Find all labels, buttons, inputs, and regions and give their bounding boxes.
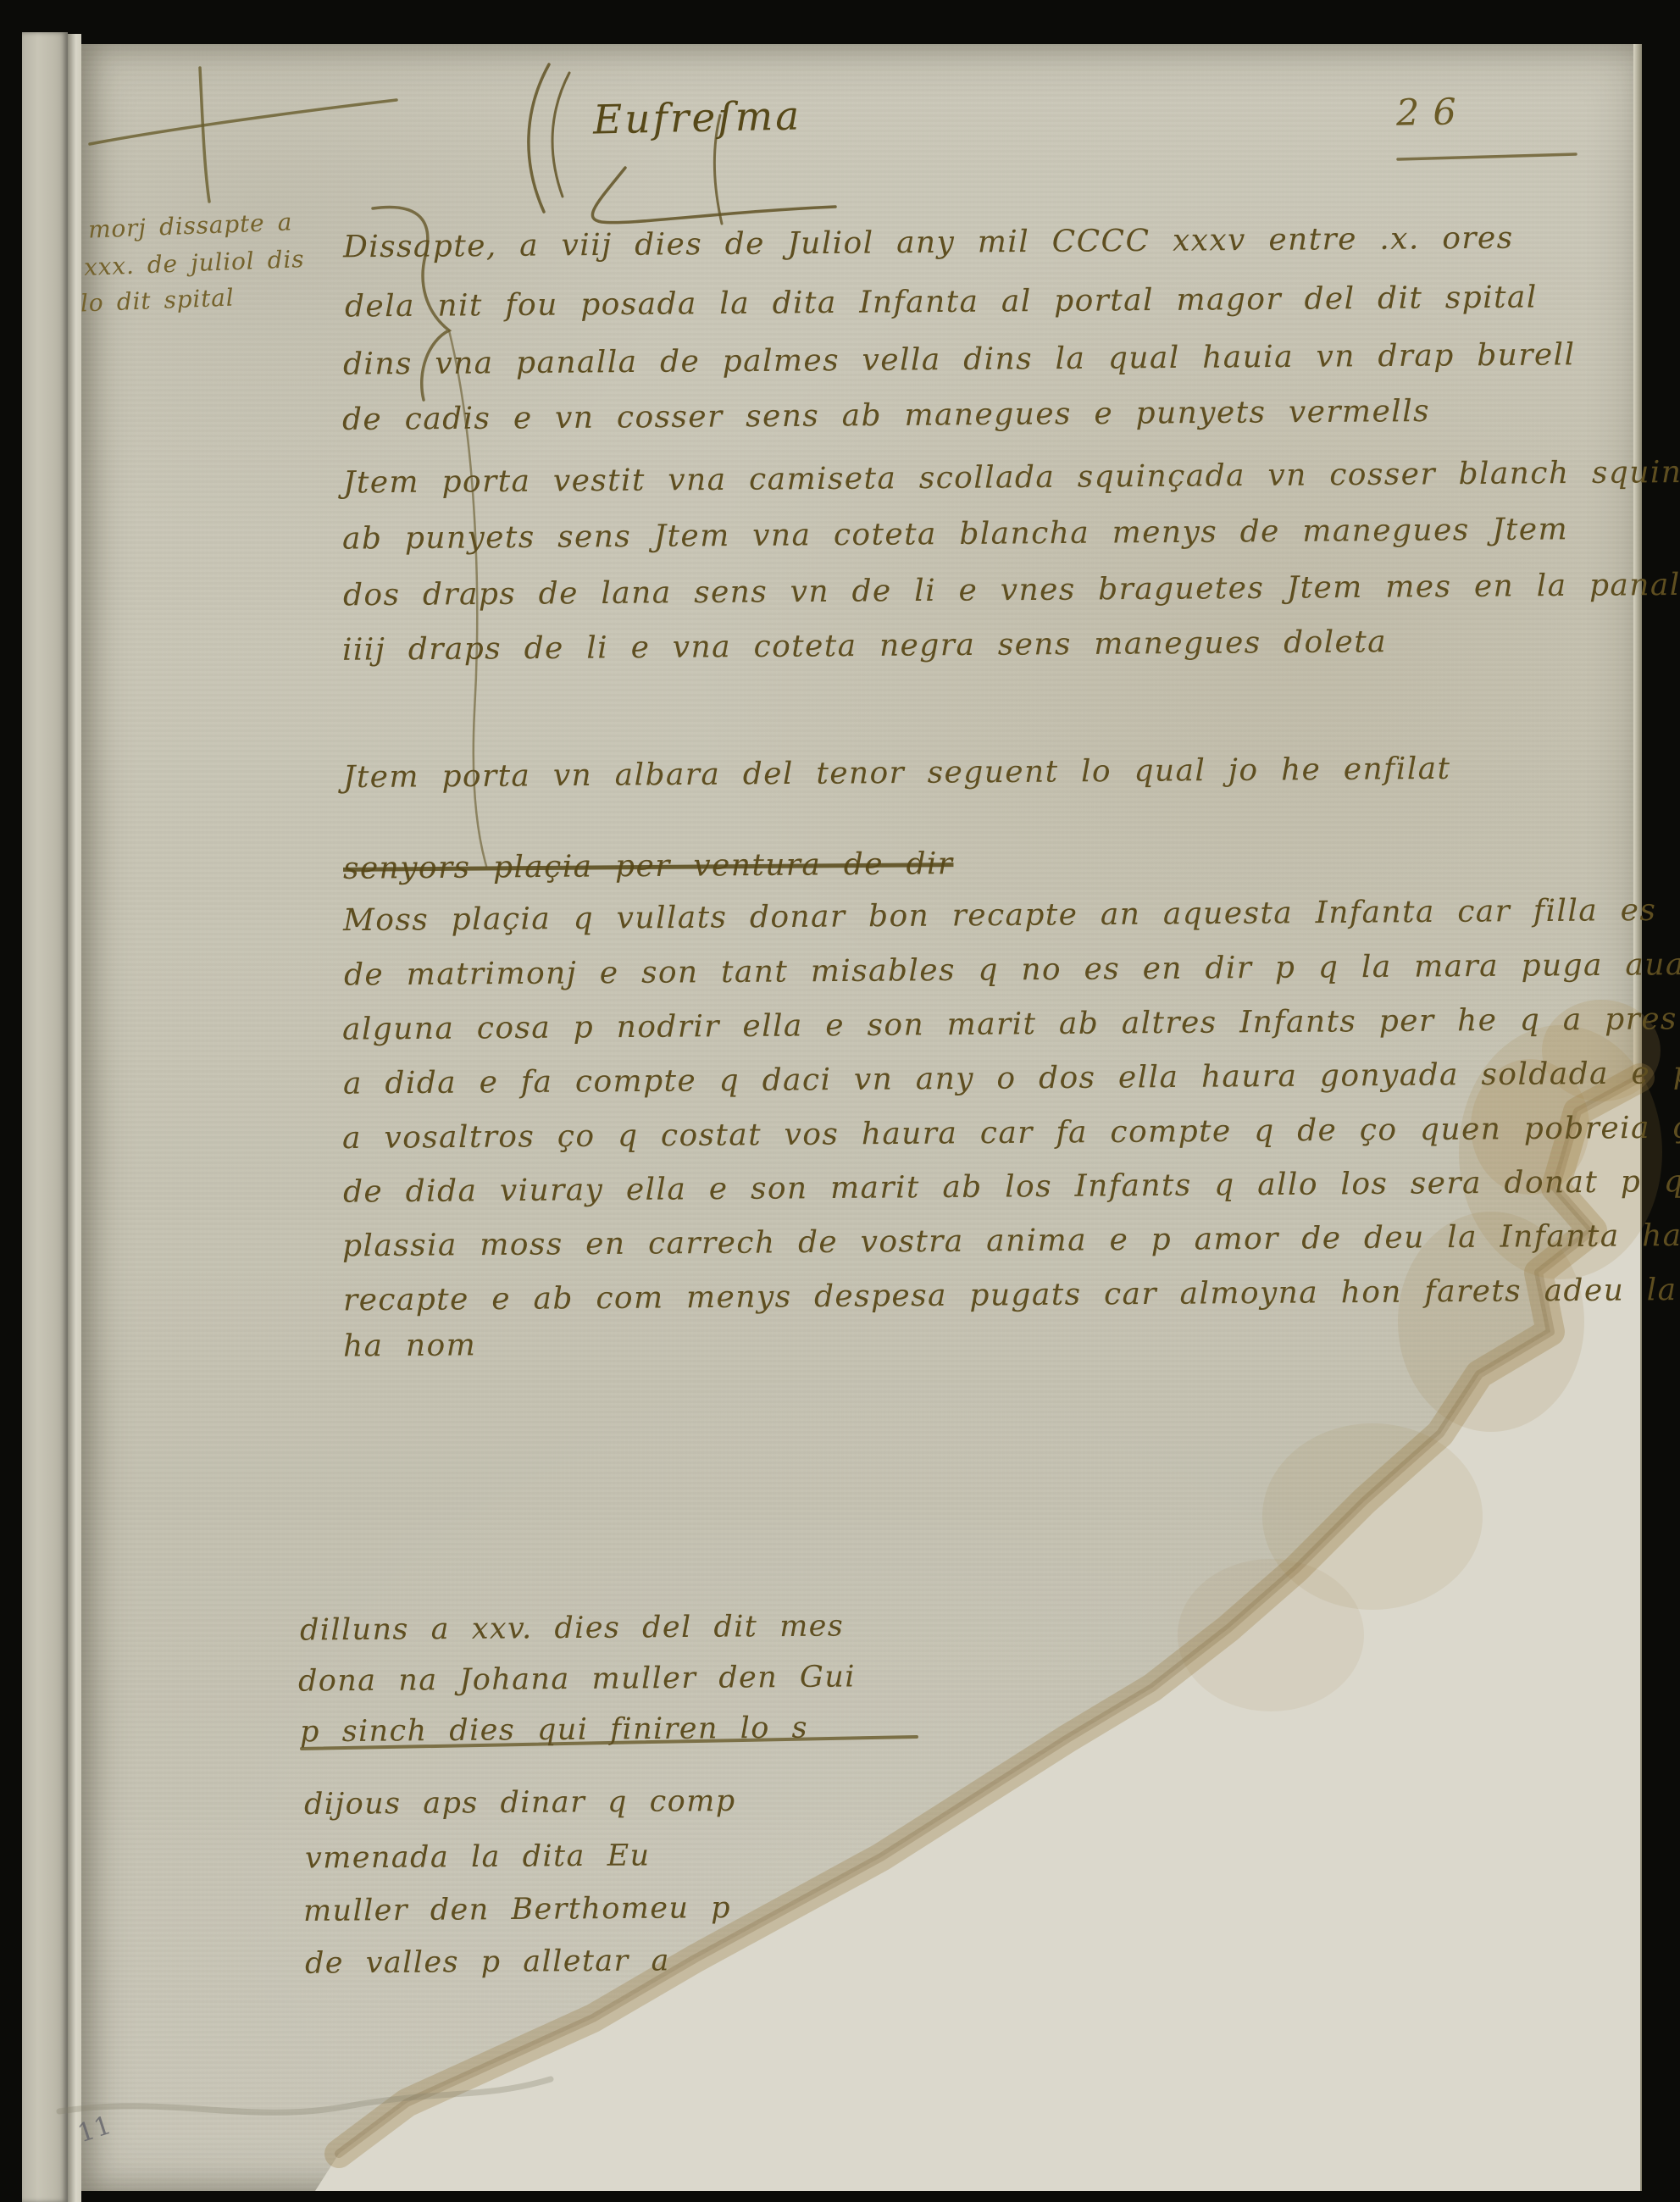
text-line: plassia moss en carrech de vostra anima … (342, 1218, 1680, 1264)
text-line: a dida e fa compte q daci vn any o dos e… (343, 1055, 1680, 1101)
page-title: Eufreſma (592, 92, 801, 143)
text-line: iiij draps de li e vna coteta negra sens… (342, 624, 1387, 668)
text-line: vmenada la dita Eu (305, 1839, 651, 1875)
text-line: ha nom (343, 1328, 476, 1363)
text-line: de cadis e vn cosser sens ab manegues e … (342, 394, 1430, 437)
text-line: dins vna panalla de palmes vella dins la… (343, 337, 1576, 381)
text-line: dela nit fou posada la dita Infanta al p… (345, 280, 1538, 324)
folio-number: 26 (1396, 91, 1471, 135)
text-line: alguna cosa p nodrir ella e son marit ab… (342, 1001, 1680, 1046)
margin-note-line: xxx. de juliol dis (83, 245, 304, 281)
text-line: Jtem porta vn albara del tenor seguent l… (343, 752, 1451, 795)
text-line: dilluns a xxv. dies del dit mes (300, 1609, 844, 1647)
text-line: muller den Berthomeu p (303, 1891, 731, 1928)
text-line: de valles p alletar a (305, 1944, 670, 1980)
text-line: p sinch dies qui finiren lo s (300, 1711, 808, 1750)
text-line: de dida viuray ella e son marit ab los I… (343, 1163, 1680, 1209)
text-line: dona na Johana muller den Gui (298, 1660, 856, 1698)
manuscript-photo: Eufreſma 26 morj dissapte a xxx. de juli… (0, 0, 1680, 2202)
text-line: Dissapte, a viij dies de Juliol any mil … (343, 221, 1514, 265)
text-line: recapte e ab com menys despesa pugats ca… (343, 1273, 1680, 1318)
text-line: dos draps de lana sens vn de li e vnes b… (343, 568, 1680, 613)
text-line: de matrimonj e son tant misables q no es… (344, 946, 1680, 992)
margin-note-line: lo dit spital (80, 284, 235, 318)
text-line: ab punyets sens Jtem vna coteta blancha … (342, 512, 1568, 556)
text-line: Moss plaçia q vullats donar bon recapte … (343, 893, 1657, 938)
pencil-foliation-mark: 11 (75, 2110, 116, 2149)
text-line: dijous aps dinar q comp (304, 1784, 736, 1822)
text-line: a vosaltros ço q costat vos haura car fa… (342, 1109, 1680, 1156)
text-line: Jtem porta vestit vna camiseta scollada … (343, 455, 1680, 501)
handwriting-layer: Eufreſma 26 morj dissapte a xxx. de juli… (0, 0, 1680, 2202)
margin-note-line: morj dissapte a (87, 208, 292, 243)
struck-text-line: senyors plaçia per ventura de dir (343, 846, 954, 886)
